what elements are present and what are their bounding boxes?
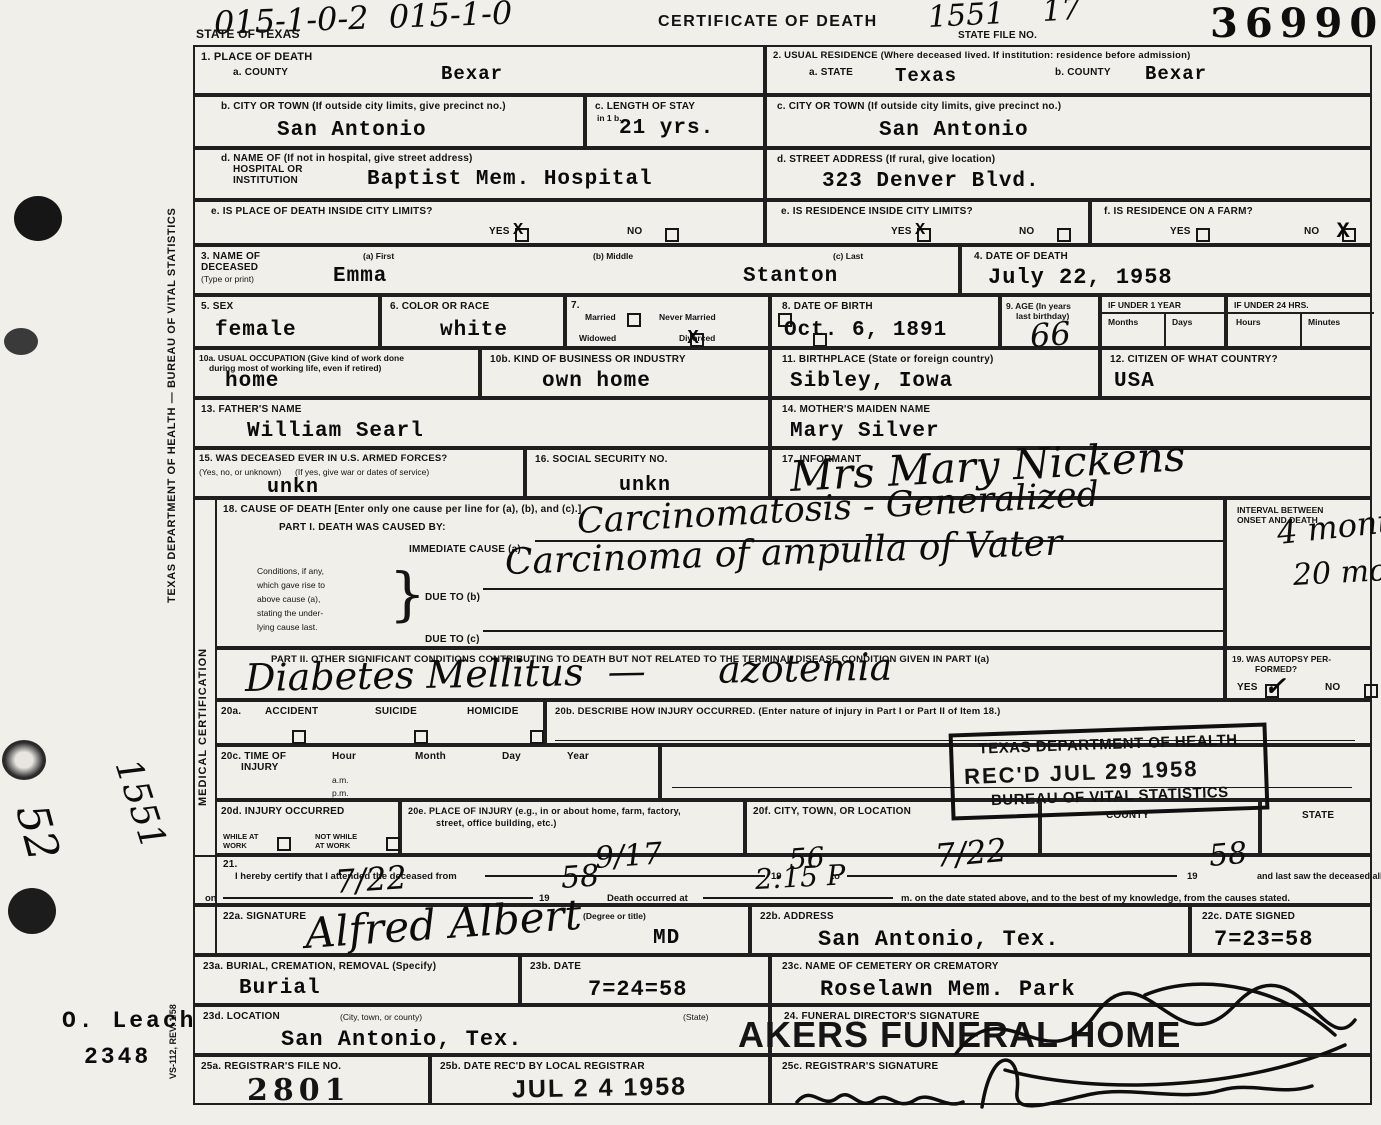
dob-value: Oct. 6, 1891 [784,319,947,342]
field-interval-onset-death: INTERVAL BETWEEN ONSET AND DEATH 4 month… [1225,498,1372,648]
middle-name-label: (b) Middle [593,251,633,261]
address-value: San Antonio, Tex. [818,927,1059,952]
length-of-stay-sublabel: in 1 b. [597,113,622,123]
accident-checkbox [292,730,305,743]
certify-number: 21. [223,859,238,872]
location-sub2: (State) [683,1012,709,1022]
street-address-value: 323 Denver Blvd. [822,170,1040,193]
date-signed-label: 22c. DATE SIGNED [1202,911,1295,924]
certify-line-4 [703,897,893,899]
conditions-brace: } [389,560,426,628]
marital-label: 7. [571,300,580,313]
registrar-date-stamp: JUL 2 4 1958 [512,1071,688,1105]
received-stamp: TEXAS DEPARTMENT OF HEALTH REC'D JUL 29 … [949,722,1270,820]
no-label: NO [627,226,642,239]
yes-label: YES [891,226,912,239]
county-value: Bexar [441,63,503,85]
residence-state-label: a. STATE [809,67,853,80]
field-if-under-24-hrs: IF UNDER 24 HRS. Hours Minutes [1226,295,1372,348]
conditions-line1: Conditions, if any, [257,566,324,576]
injury-20c-label-2: INJURY [241,762,279,775]
field-physician-address: 22b. ADDRESS San Antonio, Tex. [750,905,1190,955]
residence-city-label: c. CITY OR TOWN (If outside city limits,… [777,101,1061,114]
field-injury-state: STATE [1260,800,1372,855]
injury-state-label: STATE [1302,810,1334,823]
field-usual-residence: 2. USUAL RESIDENCE (Where deceased lived… [765,45,1372,95]
field-age: 9. AGE (In years last birthday) 66 [1000,295,1100,348]
day-label: Day [502,751,521,764]
yes-label: YES [489,226,510,239]
place-of-death-label: 1. PLACE OF DEATH [201,51,312,65]
widowed-label: Widowed [579,333,616,343]
death-certificate-scan: 52 1551 O. Leach 2348 TEXAS DEPARTMENT O… [0,0,1381,1125]
residence-city-limits-label: e. IS RESIDENCE INSIDE CITY LIMITS? [781,206,973,219]
margin-agency-vertical-label: TEXAS DEPARTMENT OF HEALTH — BUREAU OF V… [166,160,180,650]
field-registrar-signature: 25c. REGISTRAR'S SIGNATURE [770,1055,1372,1105]
suicide-label: SUICIDE [375,706,417,719]
occupation-value: home [225,370,279,393]
punch-hole [8,888,56,934]
injury-20d-label: 20d. INJURY OCCURRED [221,806,344,819]
days-label: Days [1172,317,1192,327]
due-to-b-label: DUE TO (b) [425,592,480,605]
part1-label: PART I. DEATH WAS CAUSED BY: [279,522,446,535]
conditions-line2: which gave rise to [257,580,325,590]
hours-minutes-divider [1300,312,1302,348]
first-name-value: Emma [333,265,387,288]
fathers-name-value: William Searl [247,420,424,443]
part2-value: Diabetes Mellitus — azotemia [245,645,893,700]
certificate-title: CERTIFICATE OF DEATH [658,12,878,32]
location-value: San Antonio, Tex. [281,1027,522,1052]
homicide-label: HOMICIDE [467,706,519,719]
field-burial-date: 23b. DATE 7=24=58 [520,955,770,1005]
certificate-number: 36990 [1210,0,1381,47]
certify-text-3: Death occurred at [607,893,688,904]
burial-value: Burial [239,977,321,1000]
registrar-signature-scribble [792,1062,1352,1122]
certify-line-2 [847,875,1177,877]
field-burial-type: 23a. BURIAL, CREMATION, REMOVAL (Specify… [193,955,520,1005]
degree-value: MD [653,927,680,950]
mothers-name-value: Mary Silver [790,420,940,443]
race-value: white [440,319,508,342]
field-sex: 5. SEX female [193,295,380,348]
birthplace-label: 11. BIRTHPLACE (State or foreign country… [782,354,994,367]
never-married-checkbox [747,313,760,326]
months-days-divider [1164,312,1166,348]
date-of-death-label: 4. DATE OF DEATH [974,251,1068,264]
field-accident-suicide-homicide: 20a. ACCIDENT SUICIDE HOMICIDE [215,700,545,745]
farm-no-checkbox: X [1342,228,1355,241]
certify-to-date: 7/22 [933,831,1008,875]
certify-time: 2:15 P [754,858,846,896]
certify-on-label: on [205,893,217,904]
am-label: a.m. [332,775,349,785]
state-of-texas-label: STATE OF TEXAS [196,27,300,42]
residence-farm-label: f. IS RESIDENCE ON A FARM? [1104,206,1253,219]
street-address-label: d. STREET ADDRESS (If rural, give locati… [777,154,995,167]
first-name-label: (a) First [363,251,394,261]
hours-label: Hours [1236,317,1261,327]
injury-20e-label-2: street, office building, etc.) [436,818,557,829]
field-usual-occupation: 10a. USUAL OCCUPATION (Give kind of work… [193,348,480,398]
deceased-label-3: (Type or print) [201,274,254,284]
not-while-label-2: AT WORK [315,841,350,850]
months-label: Months [1108,317,1138,327]
hospital-value: Baptist Mem. Hospital [367,168,653,191]
residence-limits-yes-checkbox: X [917,228,930,241]
suicide-checkbox [414,730,427,743]
injury-20b-label: 20b. DESCRIBE HOW INJURY OCCURRED. (Ente… [555,706,1000,718]
field-certification-statement: 21. I hereby certify that I attended the… [193,855,1372,905]
field-time-of-injury: 20c. TIME OF INJURY Hour Month Day Year … [215,745,660,800]
residence-state-value: Texas [895,65,957,87]
city-of-death-value: San Antonio [277,119,427,142]
no-label: NO [1304,226,1319,239]
mothers-name-label: 14. MOTHER'S MAIDEN NAME [782,404,930,417]
married-checkbox [627,313,640,326]
field-burial-location: 23d. LOCATION (City, town, or county) (S… [193,1005,770,1055]
no-label: NO [1325,682,1340,695]
fathers-name-label: 13. FATHER'S NAME [201,404,302,417]
city-of-death-label: b. CITY OR TOWN (If outside city limits,… [221,101,506,114]
autopsy-no-checkbox [1364,684,1377,697]
certify-line-1 [485,875,765,877]
field-city-of-death: b. CITY OR TOWN (If outside city limits,… [193,95,585,148]
business-value: own home [542,370,651,393]
margin-handwritten-52: 52 [5,799,69,866]
field-length-of-stay: c. LENGTH OF STAY in 1 b. 21 yrs. [585,95,765,148]
field-residence-inside-city-limits: e. IS RESIDENCE INSIDE CITY LIMITS? YES … [765,200,1090,245]
certify-on-date: 7/22 [334,858,408,901]
farm-yes-checkbox [1196,228,1209,241]
year-label: Year [567,751,589,764]
race-label: 6. COLOR OR RACE [390,301,489,314]
field-place-of-death: 1. PLACE OF DEATH a. COUNTY Bexar [193,45,765,95]
no-label: NO [1019,226,1034,239]
field-death-inside-city-limits: e. IS PLACE OF DEATH INSIDE CITY LIMITS?… [193,200,765,245]
under-1-year-label: IF UNDER 1 YEAR [1108,300,1181,310]
conditions-line5: lying cause last. [257,622,317,632]
length-of-stay-label: c. LENGTH OF STAY [595,101,695,114]
field-armed-forces: 15. WAS DECEASED EVER IN U.S. ARMED FORC… [193,448,525,498]
punch-hole [4,328,38,355]
field-injury-occurred: 20d. INJURY OCCURRED WHILE AT WORK NOT W… [215,800,400,855]
field-social-security: 16. SOCIAL SECURITY NO. unkn [525,448,770,498]
x-mark: X [1336,219,1349,244]
certify-year-2: 58 [1207,836,1248,874]
signature-label: 22a. SIGNATURE [223,911,306,924]
field-place-of-injury: 20e. PLACE OF INJURY (e.g., in or about … [400,800,745,855]
yes-label: YES [1237,682,1258,695]
field-name-of-deceased: 3. NAME OF DECEASED (Type or print) (a) … [193,245,960,295]
due-to-c-line [483,630,1223,632]
residence-limits-no-checkbox [1057,228,1070,241]
state-file-no-label: STATE FILE NO. [958,30,1037,43]
hour-label: Hour [332,751,356,764]
field-registrar-date: 25b. DATE REC'D BY LOCAL REGISTRAR JUL 2… [430,1055,770,1105]
burial-date-label: 23b. DATE [530,961,581,974]
field-date-of-death: 4. DATE OF DEATH July 22, 1958 [960,245,1372,295]
punch-hole [2,740,46,780]
citizen-label: 12. CITIZEN OF WHAT COUNTRY? [1110,354,1278,367]
certify-text-4: m. on the date stated above, and to the … [901,893,1290,904]
field-registrar-file-no: 25a. REGISTRAR'S FILE NO. 2801 [193,1055,430,1105]
cemetery-label: 23c. NAME OF CEMETERY OR CREMATORY [782,961,999,974]
deceased-label-2: DECEASED [201,262,258,275]
ssn-value: unkn [619,474,671,497]
autopsy-label-1: 19. WAS AUTOPSY PER- [1232,654,1331,664]
not-while-label-1: NOT WHILE [315,832,357,841]
residence-county-value: Bexar [1145,63,1207,85]
dob-label: 8. DATE OF BIRTH [782,301,873,314]
x-mark: X [915,221,925,240]
burial-label: 23a. BURIAL, CREMATION, REMOVAL (Specify… [203,961,436,974]
field-birthplace: 11. BIRTHPLACE (State or foreign country… [770,348,1100,398]
due-to-c-label: DUE TO (c) [425,634,480,647]
registrar-file-value: 2801 [247,1073,351,1108]
death-limits-no-checkbox [665,228,678,241]
address-label: 22b. ADDRESS [760,911,834,924]
field-residence-city: c. CITY OR TOWN (If outside city limits,… [765,95,1372,148]
check-mark: ✓ [1264,672,1286,702]
death-city-limits-label: e. IS PLACE OF DEATH INSIDE CITY LIMITS? [211,206,433,219]
margin-handwritten-1551: 1551 [107,754,174,854]
autopsy-yes-checkbox: ✓ [1265,684,1278,697]
conditions-line3: above cause (a), [257,594,320,604]
not-while-at-work-checkbox [386,837,399,850]
field-date-signed: 22c. DATE SIGNED 7=23=58 [1190,905,1372,955]
ssn-label: 16. SOCIAL SECURITY NO. [535,454,668,467]
margin-form-number-vertical: VS-112, REV. 1/58 [168,986,178,1098]
last-name-label: (c) Last [833,251,863,261]
usual-residence-label: 2. USUAL RESIDENCE (Where deceased lived… [773,50,1191,62]
yes-label: YES [1170,226,1191,239]
date-signed-value: 7=23=58 [1214,927,1313,952]
field-date-of-birth: 8. DATE OF BIRTH Oct. 6, 1891 [770,295,1000,348]
armed-forces-label: 15. WAS DECEASED EVER IN U.S. ARMED FORC… [199,453,447,465]
margin-typed-number: 2348 [84,1044,151,1070]
hospital-label-3: INSTITUTION [233,175,298,188]
accident-label: ACCIDENT [265,706,318,719]
sex-value: female [215,319,297,342]
field-business-industry: 10b. KIND OF BUSINESS OR INDUSTRY own ho… [480,348,770,398]
location-label: 23d. LOCATION [203,1011,280,1024]
field-residence-on-farm: f. IS RESIDENCE ON A FARM? YES NO X [1090,200,1372,245]
field-marital-status: 7. Married Never Married Widowed X Divor… [565,295,770,348]
field-fathers-name: 13. FATHER'S NAME William Searl [193,398,770,448]
age-label-1: 9. AGE (In years [1006,301,1071,311]
field-physician-signature: 22a. SIGNATURE Alfred Albert (Degree or … [193,905,750,955]
occupation-label-1: 10a. USUAL OCCUPATION (Give kind of work… [199,353,404,363]
field-autopsy: 19. WAS AUTOPSY PER- FORMED? YES ✓ NO [1225,648,1372,700]
registrar-date-label: 25b. DATE REC'D BY LOCAL REGISTRAR [440,1061,645,1074]
injury-20a-label: 20a. [221,706,241,719]
date-of-death-value: July 22, 1958 [988,265,1173,290]
length-of-stay-value: 21 yrs. [619,117,714,140]
injury-20f-label: 20f. CITY, TOWN, OR LOCATION [753,806,911,819]
sex-label: 5. SEX [201,301,233,314]
never-married-label: Never Married [659,312,716,322]
field-part2-conditions: PART II. OTHER SIGNIFICANT CONDITIONS CO… [215,648,1225,700]
while-at-work-label-2: WORK [223,841,247,850]
x-mark: X [513,221,523,240]
conditions-line4: stating the under- [257,608,323,618]
cause-of-death-label: 18. CAUSE OF DEATH [Enter only one cause… [223,504,581,517]
field-if-under-1-year: IF UNDER 1 YEAR Months Days [1100,295,1226,348]
married-label: Married [585,312,616,322]
county-label: a. COUNTY [233,67,288,80]
field-citizen: 12. CITIZEN OF WHAT COUNTRY? USA [1100,348,1372,398]
injury-20e-label-1: 20e. PLACE OF INJURY (e.g., in or about … [408,806,681,817]
pm-label: p.m. [332,788,349,798]
armed-forces-value: unkn [267,476,319,499]
while-at-work-label-1: WHILE AT [223,832,258,841]
minutes-label: Minutes [1308,317,1340,327]
registrar-file-label: 25a. REGISTRAR'S FILE NO. [201,1061,341,1074]
certify-from-date: 9/17 [594,836,664,876]
while-at-work-checkbox [277,837,290,850]
punch-hole [14,196,62,241]
field-street-address: d. STREET ADDRESS (If rural, give locati… [765,148,1372,200]
field-hospital: d. NAME OF (If not in hospital, give str… [193,148,765,200]
certify-19-b: 19 [1187,871,1198,882]
birthplace-value: Sibley, Iowa [790,370,953,393]
under-24-hrs-label: IF UNDER 24 HRS. [1234,300,1309,310]
degree-label: (Degree or title) [583,911,646,921]
divorced-label: Divorced [679,333,715,343]
interval-b-value: 20 months [1292,550,1381,593]
field-color-or-race: 6. COLOR OR RACE white [380,295,565,348]
due-to-b-line [483,588,1223,590]
residence-city-value: San Antonio [879,119,1029,142]
business-label: 10b. KIND OF BUSINESS OR INDUSTRY [490,354,686,367]
burial-date-value: 7=24=58 [588,977,687,1002]
residence-county-label: b. COUNTY [1055,67,1111,80]
month-label: Month [415,751,446,764]
location-sub1: (City, town, or county) [340,1012,422,1022]
homicide-checkbox [530,730,543,743]
last-name-value: Stanton [743,265,838,288]
death-limits-yes-checkbox: X [515,228,528,241]
field-cause-of-death: 18. CAUSE OF DEATH [Enter only one cause… [215,498,1225,648]
citizen-value: USA [1114,370,1155,393]
certify-text-2: and last saw the deceased alive [1257,871,1381,881]
